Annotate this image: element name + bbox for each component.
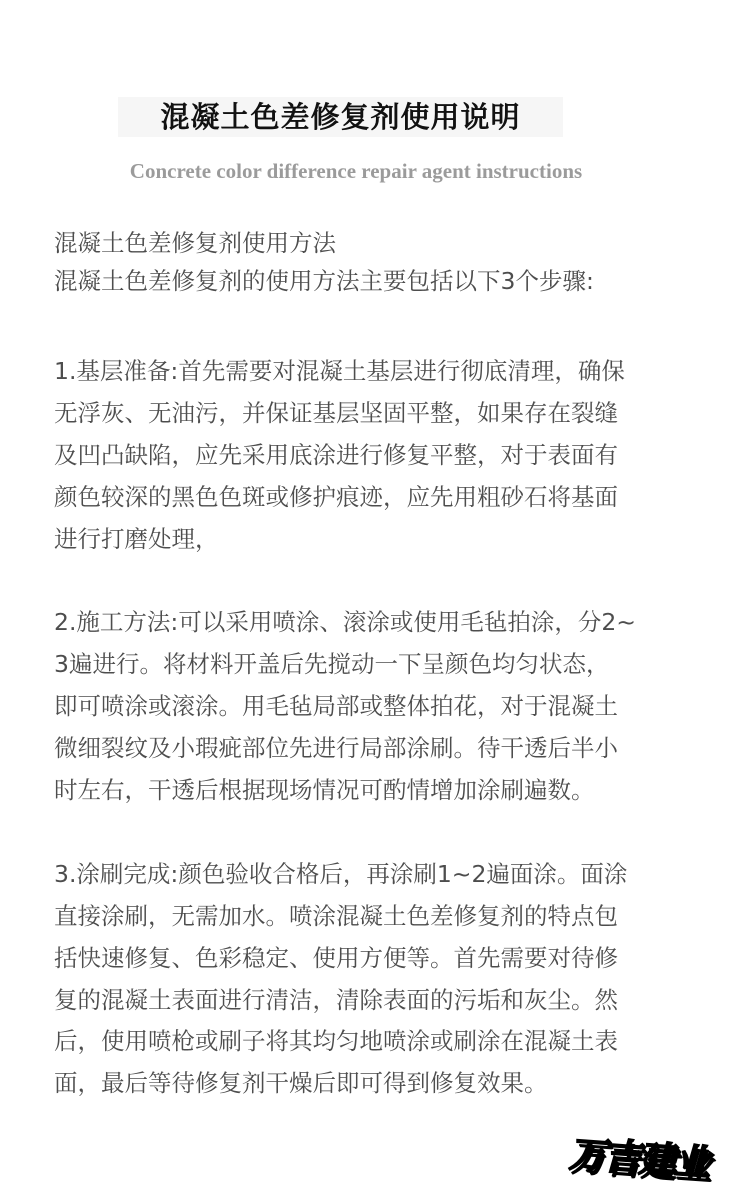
intro-summary: 混凝土色差修复剂的使用方法主要包括以下3个步骤: <box>54 262 714 300</box>
step-text-line: 微细裂纹及小瑕疵部位先进行局部涂刷。待干透后半小 <box>54 728 714 770</box>
step-text-line: 2.施工方法:可以采用喷涂、滚涂或使用毛毡拍涂，分2~ <box>54 602 714 644</box>
page-subtitle: Concrete color difference repair agent i… <box>0 157 712 185</box>
step-1-paragraph: 1.基层准备:首先需要对混凝土基层进行彻底清理，确保 无浮灰、无油污，并保证基层… <box>54 351 714 561</box>
step-3-paragraph: 3.涂刷完成:颜色验收合格后，再涂刷1~2遍面涂。面涂 直接涂刷，无需加水。喷涂… <box>54 854 714 1105</box>
step-text-line: 时左右，干透后根据现场情况可酌情增加涂刷遍数。 <box>54 770 714 812</box>
step-text-line: 进行打磨处理， <box>54 519 714 561</box>
step-2-paragraph: 2.施工方法:可以采用喷涂、滚涂或使用毛毡拍涂，分2~ 3遍进行。将材料开盖后先… <box>54 602 714 812</box>
step-text-line: 无浮灰、无油污，并保证基层坚固平整，如果存在裂缝 <box>54 393 714 435</box>
step-text-line: 复的混凝土表面进行清洁，清除表面的污垢和灰尘。然 <box>54 980 714 1022</box>
step-text-line: 3遍进行。将材料开盖后先搅动一下呈颜色均匀状态， <box>54 644 714 686</box>
brand-logo-text: 万吉建业 <box>566 1126 720 1186</box>
step-text-line: 即可喷涂或滚涂。用毛毡局部或整体拍花，对于混凝土 <box>54 686 714 728</box>
step-text-line: 括快速修复、色彩稳定、使用方便等。首先需要对待修 <box>54 938 714 980</box>
page-title: 混凝土色差修复剂使用说明 <box>160 97 520 137</box>
step-text-line: 直接涂刷，无需加水。喷涂混凝土色差修复剂的特点包 <box>54 896 714 938</box>
brand-logo: 万吉建业 <box>550 1121 736 1192</box>
title-banner: 混凝土色差修复剂使用说明 <box>118 97 563 137</box>
intro-heading: 混凝土色差修复剂使用方法 <box>54 224 714 262</box>
step-text-line: 3.涂刷完成:颜色验收合格后，再涂刷1~2遍面涂。面涂 <box>54 854 714 896</box>
step-text-line: 面，最后等待修复剂干燥后即可得到修复效果。 <box>54 1063 714 1105</box>
step-text-line: 1.基层准备:首先需要对混凝土基层进行彻底清理，确保 <box>54 351 714 393</box>
step-text-line: 及凹凸缺陷，应先采用底涂进行修复平整，对于表面有 <box>54 435 714 477</box>
step-text-line: 颜色较深的黑色色斑或修护痕迹，应先用粗砂石将基面 <box>54 477 714 519</box>
steps-section: 1.基层准备:首先需要对混凝土基层进行彻底清理，确保 无浮灰、无油污，并保证基层… <box>54 351 714 1147</box>
intro-section: 混凝土色差修复剂使用方法 混凝土色差修复剂的使用方法主要包括以下3个步骤: <box>54 224 714 300</box>
step-text-line: 后，使用喷枪或刷子将其均匀地喷涂或刷涂在混凝土表 <box>54 1021 714 1063</box>
